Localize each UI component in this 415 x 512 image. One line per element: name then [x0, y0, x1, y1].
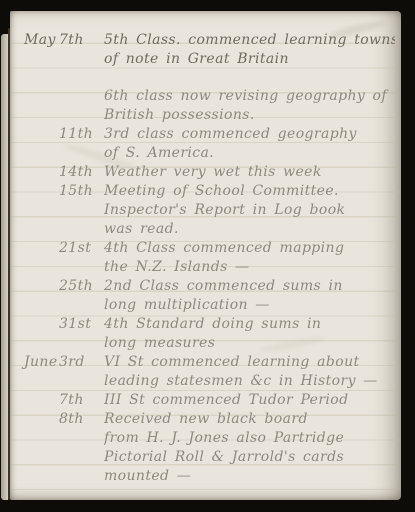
entry-text: 2nd Class commenced sums in [104, 277, 395, 296]
entry-date: June3rd [24, 353, 104, 372]
entry-text: Meeting of School Committee. [104, 182, 395, 201]
entry-month: June [24, 353, 59, 372]
entry-text: VI St commenced learning about [104, 353, 395, 372]
entry-text: mounted — [104, 467, 395, 486]
entry-day: 25th [59, 277, 93, 296]
entry-line: 25th2nd Class commenced sums in [24, 277, 395, 296]
entry-text: Inspector's Report in Log book [104, 201, 395, 220]
entry-line: long measures [24, 334, 395, 353]
entry-date [24, 429, 104, 448]
entry-day: 21st [59, 239, 91, 258]
entry-month: May [24, 31, 59, 50]
entry-day: 31st [59, 315, 91, 334]
entry-date [24, 334, 104, 353]
entry-text: leading statesmen &c in History — [104, 372, 395, 391]
entry-date [24, 201, 104, 220]
entry-line: Pictorial Roll & Jarrold's cards [24, 448, 395, 467]
entry-day: 7th [59, 391, 84, 410]
entry-date [24, 50, 104, 69]
entry-date [24, 106, 104, 125]
entry-day: 7th [59, 31, 84, 50]
entry-line: Inspector's Report in Log book [24, 201, 395, 220]
entry-line: long multiplication — [24, 296, 395, 315]
entry-line: leading statesmen &c in History — [24, 372, 395, 391]
entry-date: 14th [24, 163, 104, 182]
entry-text: 5th Class. commenced learning towns [104, 31, 395, 50]
entry-line: was read. [24, 220, 395, 239]
entry-date: 8th [24, 410, 104, 429]
entry-text: Weather very wet this week [104, 163, 395, 182]
entry-line: from H. J. Jones also Partridge [24, 429, 395, 448]
entry-text: was read. [104, 220, 395, 239]
entry-date [24, 220, 104, 239]
under-page-edge [1, 34, 8, 500]
entry-date: 11th [24, 125, 104, 144]
entry-date [24, 144, 104, 163]
entry-line: 31st4th Standard doing sums in [24, 315, 395, 334]
entry-text: long multiplication — [104, 296, 395, 315]
entry-text: of note in Great Britain [104, 50, 395, 69]
entry-line: of note in Great Britain [24, 50, 395, 69]
entry-text: long measures [104, 334, 395, 353]
entry-line: the N.Z. Islands — [24, 258, 395, 277]
entry-date: May7th [24, 31, 104, 50]
entry-line: mounted — [24, 467, 395, 486]
entry-text: 4th Class commenced mapping [104, 239, 395, 258]
entry-text: Pictorial Roll & Jarrold's cards [104, 448, 395, 467]
notebook-page: May7th5th Class. commenced learning town… [10, 11, 401, 500]
entry-text: the N.Z. Islands — [104, 258, 395, 277]
entry-text: from H. J. Jones also Partridge [104, 429, 395, 448]
entry-line: 8thReceived new black board [24, 410, 395, 429]
entry-date: 15th [24, 182, 104, 201]
entry-line: 21st4th Class commenced mapping [24, 239, 395, 258]
entry-line: of S. America. [24, 144, 395, 163]
entry-date [24, 87, 104, 106]
entry-date [24, 448, 104, 467]
journal-entries: May7th5th Class. commenced learning town… [24, 31, 395, 496]
entry-date: 21st [24, 239, 104, 258]
entry-line: 7thIII St commenced Tudor Period [24, 391, 395, 410]
entry-text: of S. America. [104, 144, 395, 163]
entry-date: 7th [24, 391, 104, 410]
entry-day: 3rd [59, 353, 85, 372]
entry-text: British possessions. [104, 106, 395, 125]
entry-line: 14thWeather very wet this week [24, 163, 395, 182]
entry-date [24, 467, 104, 486]
entry-line: 11th3rd class commenced geography [24, 125, 395, 144]
entry-text: 4th Standard doing sums in [104, 315, 395, 334]
entry-line: 6th class now revising geography of [24, 87, 395, 106]
entry-date [24, 296, 104, 315]
entry-line: June3rdVI St commenced learning about [24, 353, 395, 372]
entry-day: 15th [59, 182, 93, 201]
entry-line: British possessions. [24, 106, 395, 125]
entry-text: 3rd class commenced geography [104, 125, 395, 144]
entry-day: 14th [59, 163, 93, 182]
entry-date: 25th [24, 277, 104, 296]
entry-date [24, 258, 104, 277]
photo-frame: May7th5th Class. commenced learning town… [0, 0, 415, 512]
entry-text: 6th class now revising geography of [104, 87, 395, 106]
entry-date: 31st [24, 315, 104, 334]
entry-day: 11th [59, 125, 93, 144]
entry-date [24, 372, 104, 391]
entry-line: May7th5th Class. commenced learning town… [24, 31, 395, 50]
entry-line: 15thMeeting of School Committee. [24, 182, 395, 201]
entry-text: III St commenced Tudor Period [104, 391, 395, 410]
entry-text: Received new black board [104, 410, 395, 429]
entry-day: 8th [59, 410, 84, 429]
